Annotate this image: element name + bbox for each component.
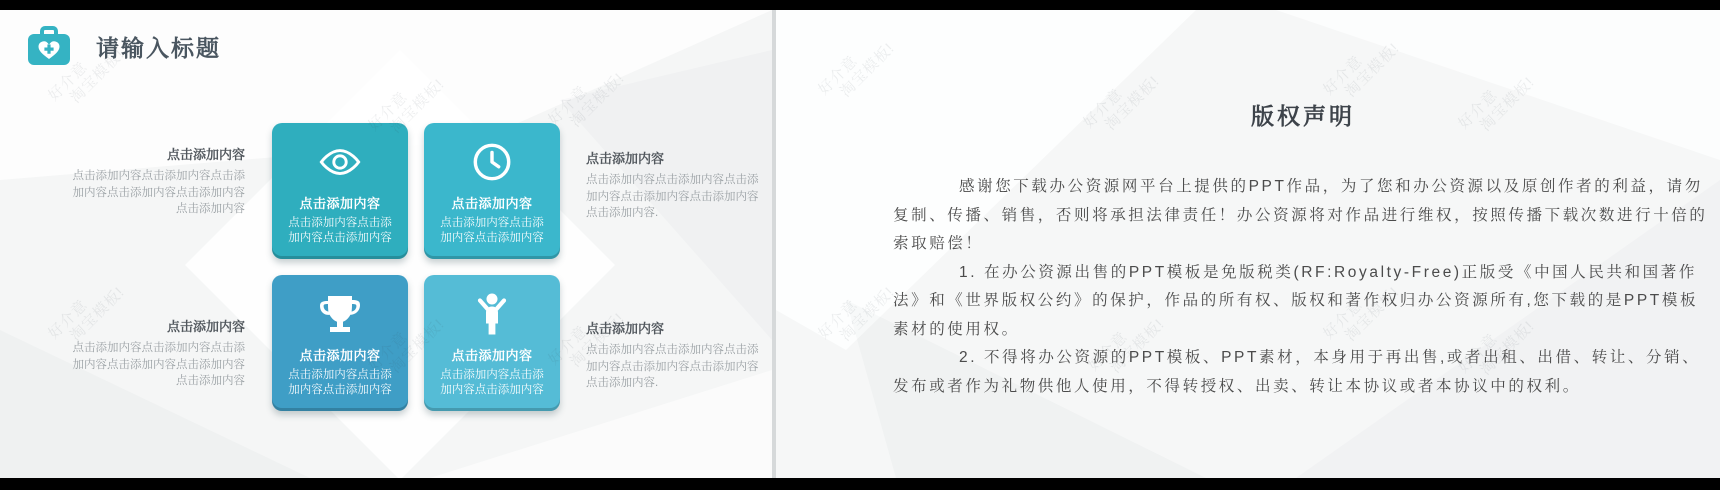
card-body: 点击添加内容点击添加内容点击添加内容 xyxy=(435,216,549,246)
text-block-title: 点击添加内容 xyxy=(586,148,766,167)
clock-icon xyxy=(435,140,549,184)
copyright-section: 版权声明 感谢您下载办公资源网平台上提供的PPT作品，为了您和办公资源以及原创作… xyxy=(893,98,1713,401)
slide-left: 请输入标题 点击添加内容 点击添加内容点击添加内容点击添加内容 点击添加内容 点… xyxy=(0,10,772,478)
content-card: 点击添加内容 点击添加内容点击添加内容点击添加内容 xyxy=(424,123,560,259)
copyright-paragraphs: 感谢您下载办公资源网平台上提供的PPT作品，为了您和办公资源以及原创作者的利益，… xyxy=(893,173,1713,401)
text-block: 点击添加内容 点击添加内容点击添加内容点击添加内容点击添加内容点击添加内容点击添… xyxy=(586,148,766,222)
card-body: 点击添加内容点击添加内容点击添加内容 xyxy=(283,216,397,246)
text-block-body: 点击添加内容点击添加内容点击添加内容点击添加内容点击添加内容点击添加内容 xyxy=(65,168,245,218)
content-card: 点击添加内容 点击添加内容点击添加内容点击添加内容 xyxy=(424,275,560,411)
card-title: 点击添加内容 xyxy=(435,345,549,364)
text-block-body: 点击添加内容点击添加内容点击添加内容点击添加内容点击添加内容点击添加内容 xyxy=(65,340,245,390)
slide-right: 版权声明 感谢您下载办公资源网平台上提供的PPT作品，为了您和办公资源以及原创作… xyxy=(776,10,1720,478)
copyright-paragraph: 感谢您下载办公资源网平台上提供的PPT作品，为了您和办公资源以及原创作者的利益，… xyxy=(893,173,1713,259)
ppt-preview: 请输入标题 点击添加内容 点击添加内容点击添加内容点击添加内容 点击添加内容 点… xyxy=(0,0,1720,490)
card-title: 点击添加内容 xyxy=(283,193,397,212)
text-block-body: 点击添加内容点击添加内容点击添加内容点击添加内容点击添加内容点击添加内容. xyxy=(586,342,766,392)
copyright-title: 版权声明 xyxy=(893,98,1713,131)
top-letterbox xyxy=(0,0,1720,10)
text-block-title: 点击添加内容 xyxy=(65,144,245,163)
text-block: 点击添加内容 点击添加内容点击添加内容点击添加内容点击添加内容点击添加内容点击添… xyxy=(65,144,245,218)
copyright-paragraph: 1. 在办公资源出售的PPT模板是免版税类(RF:Royalty-Free)正版… xyxy=(893,259,1713,345)
bottom-letterbox xyxy=(0,478,1720,490)
trophy-icon xyxy=(283,292,397,336)
medical-kit-icon xyxy=(26,25,72,67)
eye-icon xyxy=(283,140,397,184)
person-icon xyxy=(435,292,549,336)
text-block-body: 点击添加内容点击添加内容点击添加内容点击添加内容点击添加内容点击添加内容. xyxy=(586,172,766,222)
card-title: 点击添加内容 xyxy=(435,193,549,212)
card-body: 点击添加内容点击添加内容点击添加内容 xyxy=(435,368,549,398)
copyright-paragraph: 2. 不得将办公资源的PPT模板、PPT素材，本身用于再出售,或者出租、出借、转… xyxy=(893,344,1713,401)
